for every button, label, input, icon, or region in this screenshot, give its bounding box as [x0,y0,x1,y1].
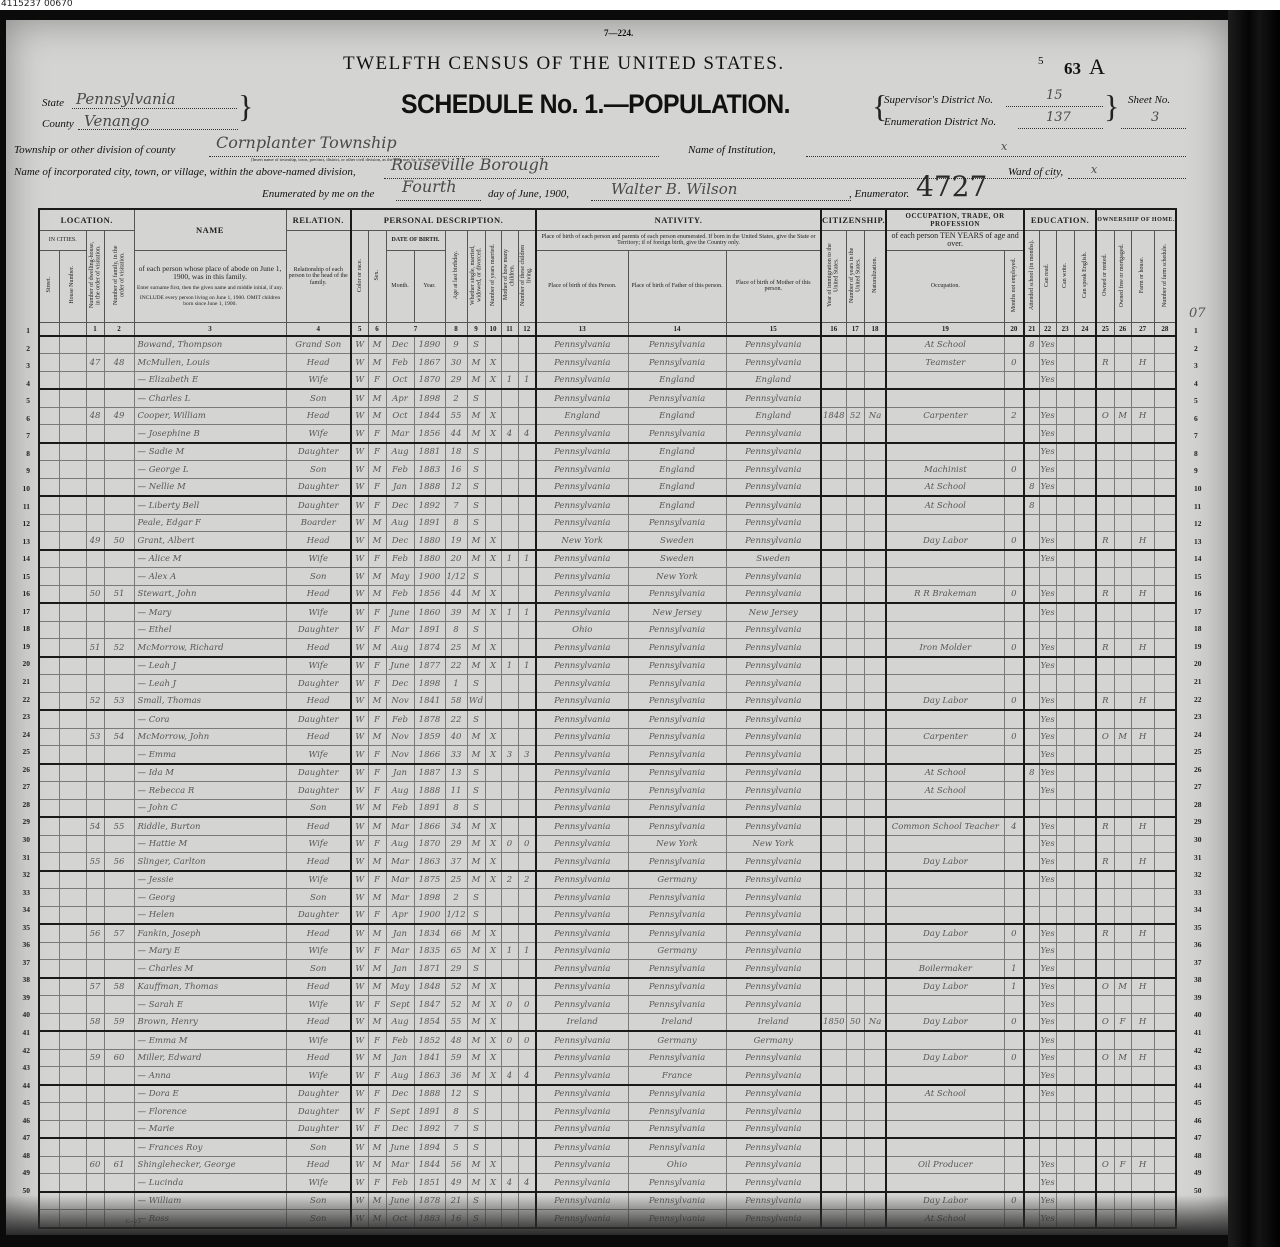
father-birthplace-cell: Pennsylvania [628,710,726,728]
farm-schedule-cell [1154,1013,1176,1031]
color-cell: W [351,1085,368,1103]
line-number-right: 7 [1194,431,1208,440]
farm-house-cell: H [1131,1156,1154,1174]
occupation-cell [886,389,1004,407]
relation-cell: Wife [286,871,351,889]
color-cell: W [351,1156,368,1174]
color-cell: W [351,746,368,764]
line-number-left: 35 [16,923,30,932]
years-married-cell: X [485,1013,501,1031]
years-married-cell: X [485,639,501,657]
birth-month-cell: Mar [386,1156,414,1174]
mother-birthplace-cell: Pennsylvania [726,478,821,496]
birthplace-cell: Ireland [536,1013,628,1031]
person-name-cell: Shinglehecker, George [134,1156,286,1174]
birth-month-cell: Feb [386,461,414,479]
line-number-left: 8 [16,449,30,458]
school-months-cell [1024,443,1039,461]
family-number-cell [104,835,134,853]
birth-year-cell: 1891 [414,799,445,817]
father-birthplace-cell: England [628,371,726,389]
months-unemployed-cell: 0 [1004,728,1024,746]
column-number: 16 [821,322,846,336]
can-write-cell [1056,639,1074,657]
dwelling-number-cell [86,1103,104,1121]
color-cell: W [351,354,368,372]
owned-rented-cell [1096,889,1114,907]
dwelling-number-cell [86,942,104,960]
line-number-right: 44 [1194,1081,1208,1090]
farm-schedule-cell [1154,496,1176,514]
years-married-cell: X [485,603,501,621]
naturalization-cell [864,1103,886,1121]
sex-cell: M [368,1138,386,1156]
house-number-cell [59,461,86,479]
can-read-cell [1039,568,1056,586]
can-speak-english-cell [1074,871,1096,889]
immigration-year-cell [821,924,846,942]
can-speak-english-cell [1074,1013,1096,1031]
farm-house-cell: H [1131,1049,1154,1067]
birth-month-cell: Apr [386,906,414,924]
naturalization-cell [864,585,886,603]
birth-year-cell: 1891 [414,1103,445,1121]
years-in-us-cell [846,1049,864,1067]
table-row: 5859Brown, HenryHeadWMAug185455MXIreland… [39,1013,1176,1031]
house-number-cell [59,639,86,657]
months-unemployed-cell [1004,782,1024,800]
mother-of-cell [501,782,518,800]
line-number-left: 11 [16,502,30,511]
months-unemployed-cell: 0 [1004,461,1024,479]
line-number-left: 36 [16,940,30,949]
can-read-cell: Yes [1039,835,1056,853]
street-cell [39,514,59,532]
birth-year-cell: 1880 [414,550,445,568]
header-relation-desc: Relationship of each person to the head … [286,231,351,323]
person-name-cell: — Ida M [134,764,286,782]
color-cell: W [351,1049,368,1067]
column-number: 27 [1131,322,1154,336]
dwelling-number-cell: 48 [86,407,104,425]
column-number: 15 [726,322,821,336]
dwelling-number-cell: 51 [86,639,104,657]
color-cell: W [351,425,368,443]
father-birthplace-cell: Pennsylvania [628,996,726,1014]
street-cell [39,978,59,996]
owned-rented-cell: O [1096,728,1114,746]
can-speak-english-cell [1074,692,1096,710]
birthplace-cell: Pennsylvania [536,924,628,942]
birthplace-cell: Pennsylvania [536,942,628,960]
mother-birthplace-cell: Pennsylvania [726,746,821,764]
house-number-cell [59,942,86,960]
line-number-left: 21 [16,677,30,686]
mother-birthplace-cell: Pennsylvania [726,924,821,942]
farm-schedule-cell [1154,1067,1176,1085]
sex-cell: F [368,871,386,889]
person-name-cell: — Mary E [134,942,286,960]
dwelling-number-cell [86,514,104,532]
dwelling-number-cell [86,782,104,800]
sex-cell: F [368,1067,386,1085]
occupation-cell [886,514,1004,532]
line-number-right: 12 [1194,519,1208,528]
free-mortgaged-cell: M [1114,407,1131,425]
farm-schedule-cell [1154,478,1176,496]
months-unemployed-cell: 0 [1004,692,1024,710]
school-months-cell [1024,799,1039,817]
father-birthplace-cell: England [628,496,726,514]
free-mortgaged-cell [1114,371,1131,389]
birth-month-cell: Aug [386,443,414,461]
column-number: 5 [351,322,368,336]
birth-month-cell: Jan [386,960,414,978]
can-speak-english-cell [1074,443,1096,461]
school-months-cell [1024,1156,1039,1174]
father-birthplace-cell: Pennsylvania [628,425,726,443]
children-living-cell [518,978,536,996]
years-married-cell [485,1138,501,1156]
mother-of-cell [501,407,518,425]
naturalization-cell [864,835,886,853]
can-read-cell: Yes [1039,1085,1056,1103]
family-number-cell [104,746,134,764]
street-cell [39,354,59,372]
years-in-us-cell [846,799,864,817]
father-birthplace-cell: Pennsylvania [628,1120,726,1138]
street-cell [39,906,59,924]
relation-cell: Head [286,853,351,871]
sheet-label: Sheet No. [1128,94,1170,106]
can-read-cell [1039,799,1056,817]
free-mortgaged-cell [1114,568,1131,586]
farm-house-cell: H [1131,924,1154,942]
immigration-year-cell [821,550,846,568]
immigration-year-cell [821,425,846,443]
mother-of-cell: 0 [501,835,518,853]
can-write-cell [1056,1174,1074,1192]
farm-schedule-cell [1154,764,1176,782]
person-name-cell: — Alex A [134,568,286,586]
dwelling-number-cell [86,871,104,889]
age-cell: 18 [445,443,467,461]
house-number-cell [59,782,86,800]
children-living-cell [518,960,536,978]
sex-cell: F [368,906,386,924]
birthplace-cell: Pennsylvania [536,389,628,407]
street-cell [39,871,59,889]
color-cell: W [351,585,368,603]
farm-house-cell: H [1131,639,1154,657]
can-speak-english-cell [1074,817,1096,835]
school-months-cell [1024,746,1039,764]
header-age: Age at last birthday. [445,231,467,323]
age-cell: 55 [445,1013,467,1031]
table-row: — LucindaWifeWFFeb185149MX44Pennsylvania… [39,1174,1176,1192]
school-months-cell [1024,906,1039,924]
children-living-cell: 4 [518,1174,536,1192]
years-in-us-cell [846,782,864,800]
line-number-left: 39 [16,993,30,1002]
sex-cell: M [368,817,386,835]
sex-cell: M [368,924,386,942]
line-number-left: 5 [16,396,30,405]
months-unemployed-cell [1004,550,1024,568]
column-number: 17 [846,322,864,336]
can-speak-english-cell [1074,1174,1096,1192]
birth-month-cell: June [386,1138,414,1156]
birth-year-cell: 1863 [414,1067,445,1085]
years-in-us-cell [846,889,864,907]
can-speak-english-cell [1074,1085,1096,1103]
birth-year-cell: 1891 [414,621,445,639]
color-cell: W [351,1174,368,1192]
person-name-cell: McMorrow, Richard [134,639,286,657]
age-cell: 20 [445,550,467,568]
header-farm-house: Farm or house. [1131,231,1154,323]
naturalization-cell: Na [864,407,886,425]
school-months-cell [1024,1138,1039,1156]
occupation-cell [886,1031,1004,1049]
can-read-cell: Yes [1039,853,1056,871]
table-row: — FlorenceDaughterWFSept18918SPennsylvan… [39,1103,1176,1121]
column-number: 3 [134,322,286,336]
family-number-cell: 56 [104,853,134,871]
free-mortgaged-cell [1114,425,1131,443]
age-cell: 59 [445,1049,467,1067]
relation-cell: Daughter [286,710,351,728]
table-row: — Sarah EWifeWFSept184752MX00Pennsylvani… [39,996,1176,1014]
owned-rented-cell [1096,996,1114,1014]
can-speak-english-cell [1074,996,1096,1014]
years-married-cell [485,389,501,407]
age-cell: 22 [445,657,467,675]
age-cell: 2 [445,389,467,407]
birthplace-cell: Pennsylvania [536,978,628,996]
family-number-cell [104,478,134,496]
months-unemployed-cell [1004,764,1024,782]
can-speak-english-cell [1074,1120,1096,1138]
free-mortgaged-cell [1114,906,1131,924]
column-number: 4 [286,322,351,336]
house-number-cell [59,1103,86,1121]
table-row: 5960Miller, EdwardHeadWMJan184159MXPenns… [39,1049,1176,1067]
can-read-cell: Yes [1039,1174,1056,1192]
farm-house-cell: H [1131,817,1154,835]
house-number-cell [59,1174,86,1192]
school-months-cell [1024,1103,1039,1121]
owned-rented-cell [1096,710,1114,728]
sex-cell: F [368,710,386,728]
father-birthplace-cell: England [628,443,726,461]
occupation-cell [886,871,1004,889]
years-married-cell: X [485,996,501,1014]
farm-house-cell [1131,889,1154,907]
years-married-cell [485,889,501,907]
months-unemployed-cell [1004,942,1024,960]
birth-year-cell: 1870 [414,371,445,389]
header-family: Number of family, in the order of visita… [104,231,134,323]
color-cell: W [351,621,368,639]
mother-birthplace-cell: Sweden [726,550,821,568]
birthplace-cell: Pennsylvania [536,1049,628,1067]
street-cell [39,960,59,978]
immigration-year-cell [821,336,846,354]
column-number: 12 [518,322,536,336]
marital-status-cell: M [467,1174,485,1192]
years-married-cell [485,514,501,532]
farm-house-cell [1131,1031,1154,1049]
naturalization-cell [864,657,886,675]
line-number-right: 22 [1194,695,1208,704]
can-read-cell: Yes [1039,1031,1056,1049]
farm-house-cell [1131,1138,1154,1156]
line-number-left: 17 [16,607,30,616]
mother-of-cell [501,478,518,496]
family-number-cell [104,1085,134,1103]
children-living-cell [518,1103,536,1121]
marital-status-cell: M [467,354,485,372]
can-write-cell [1056,1103,1074,1121]
family-number-cell [104,799,134,817]
header-birthplace-person: Place of birth of this Person. [536,250,628,322]
person-name-cell: Kauffman, Thomas [134,978,286,996]
birth-year-cell: 1877 [414,657,445,675]
header-education: EDUCATION. [1024,209,1096,231]
can-read-cell: Yes [1039,443,1056,461]
age-cell: 12 [445,1085,467,1103]
naturalization-cell [864,889,886,907]
farm-schedule-cell [1154,960,1176,978]
mother-birthplace-cell: Pennsylvania [726,389,821,407]
person-name-cell: Brown, Henry [134,1013,286,1031]
line-number-left: 10 [16,484,30,493]
sex-cell: F [368,371,386,389]
relation-cell: Wife [286,1031,351,1049]
line-number-left: 26 [16,765,30,774]
occupation-cell [886,799,1004,817]
naturalization-cell [864,675,886,693]
mother-of-cell [501,461,518,479]
sex-cell: F [368,1031,386,1049]
birth-month-cell: May [386,978,414,996]
table-row: — Alex ASonWMMay19001/12SPennsylvaniaNew… [39,568,1176,586]
header-in-cities: IN CITIES. [39,231,86,251]
can-write-cell [1056,532,1074,550]
father-birthplace-cell: Pennsylvania [628,960,726,978]
header-school: Attended school (in months). [1024,231,1039,323]
column-number: 14 [628,322,726,336]
person-name-cell: — Leah J [134,675,286,693]
table-row: 4849Cooper, WilliamHeadWMOct184455MXEngl… [39,407,1176,425]
immigration-year-cell [821,621,846,639]
birth-month-cell: Feb [386,799,414,817]
owned-rented-cell [1096,568,1114,586]
naturalization-cell [864,496,886,514]
marital-status-cell: S [467,1138,485,1156]
occupation-cell: Day Labor [886,853,1004,871]
dwelling-number-cell: 60 [86,1156,104,1174]
mother-of-cell [501,621,518,639]
can-write-cell [1056,657,1074,675]
farm-house-cell [1131,389,1154,407]
page-number-value: 63 [1064,59,1081,78]
house-number-cell [59,906,86,924]
mother-of-cell: 0 [501,996,518,1014]
owned-rented-cell [1096,514,1114,532]
can-write-cell [1056,496,1074,514]
dwelling-number-cell [86,568,104,586]
school-months-cell [1024,675,1039,693]
dwelling-number-cell [86,835,104,853]
naturalization-cell [864,550,886,568]
free-mortgaged-cell [1114,799,1131,817]
immigration-year-cell [821,692,846,710]
school-months-cell [1024,514,1039,532]
birth-year-cell: 1863 [414,853,445,871]
relation-cell: Son [286,568,351,586]
line-number-right: 45 [1194,1098,1208,1107]
marital-status-cell: S [467,496,485,514]
children-living-cell [518,1138,536,1156]
birth-year-cell: 1880 [414,532,445,550]
age-cell: 44 [445,585,467,603]
line-number-left: 33 [16,888,30,897]
marital-status-cell: S [467,906,485,924]
years-in-us-cell [846,853,864,871]
street-cell [39,799,59,817]
months-unemployed-cell [1004,746,1024,764]
dwelling-number-cell [86,1085,104,1103]
header-english: Can speak English. [1074,231,1096,323]
dwelling-number-cell: 50 [86,585,104,603]
marital-status-cell: S [467,389,485,407]
can-speak-english-cell [1074,657,1096,675]
free-mortgaged-cell [1114,675,1131,693]
column-number: 28 [1154,322,1176,336]
owned-rented-cell [1096,1067,1114,1085]
can-write-cell [1056,407,1074,425]
mother-birthplace-cell: Pennsylvania [726,425,821,443]
birth-year-cell: 1841 [414,1049,445,1067]
can-speak-english-cell [1074,1156,1096,1174]
farm-house-cell [1131,657,1154,675]
mother-of-cell: 4 [501,1174,518,1192]
color-cell: W [351,478,368,496]
farm-house-cell [1131,550,1154,568]
sex-cell: M [368,1049,386,1067]
column-number: 7 [386,322,445,336]
mother-of-cell: 4 [501,1067,518,1085]
sex-cell: F [368,496,386,514]
children-living-cell [518,443,536,461]
sex-cell: M [368,1156,386,1174]
birth-month-cell: Feb [386,550,414,568]
father-birthplace-cell: France [628,1067,726,1085]
can-write-cell [1056,1138,1074,1156]
occupation-cell: Boilermaker [886,960,1004,978]
father-birthplace-cell: Pennsylvania [628,1174,726,1192]
family-number-cell [104,389,134,407]
years-in-us-cell [846,906,864,924]
age-cell: 1/12 [445,568,467,586]
free-mortgaged-cell [1114,1085,1131,1103]
age-cell: 39 [445,603,467,621]
birthplace-cell: Pennsylvania [536,639,628,657]
can-write-cell [1056,425,1074,443]
naturalization-cell [864,371,886,389]
